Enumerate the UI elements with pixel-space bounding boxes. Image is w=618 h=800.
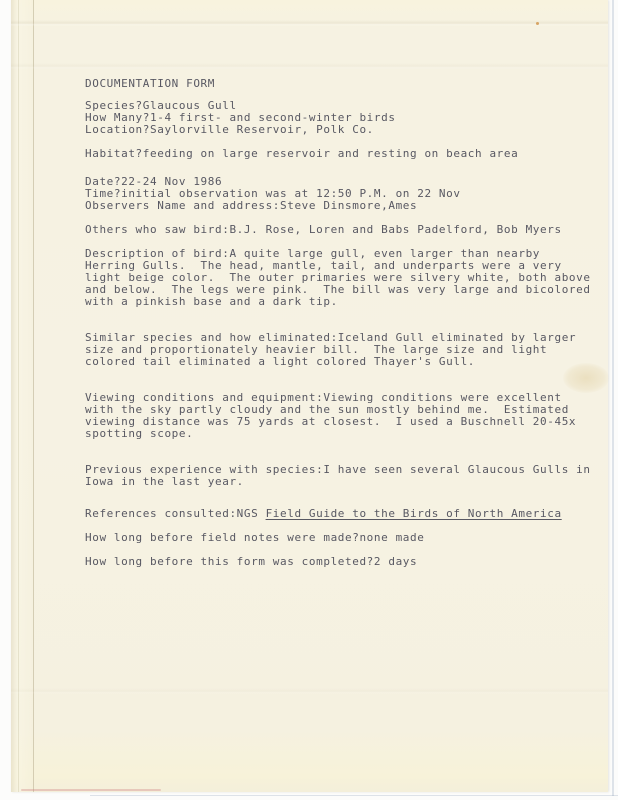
previous-experience-block: Previous experience with species:I have … (85, 464, 600, 488)
paper-crease (11, 688, 608, 694)
paper-crease (11, 20, 608, 26)
paper-sheet: DOCUMENTATION FORM Species?Glaucous Gull… (11, 0, 608, 792)
similar-species-block: Similar species and how eliminated:Icela… (85, 332, 600, 368)
references-book-title: Field Guide to the Birds of North Americ… (266, 507, 562, 520)
page-edge-line (18, 0, 19, 792)
references-block: References consulted:NGS Field Guide to … (85, 508, 600, 520)
paper-crease (11, 63, 608, 69)
scanner-edge-artifact (612, 0, 614, 796)
viewing-conditions-line: spotting scope. (85, 428, 600, 440)
scanner-edge-artifact (90, 795, 618, 796)
habitat-line: Habitat?feeding on large reservoir and r… (85, 148, 600, 160)
underlying-page-edge (11, 0, 34, 792)
underlying-card-edge (21, 789, 161, 791)
others-line: Others who saw bird:B.J. Rose, Loren and… (85, 224, 600, 236)
paper-speck (536, 22, 539, 25)
typed-document-content: DOCUMENTATION FORM Species?Glaucous Gull… (85, 78, 600, 568)
viewing-conditions-block: Viewing conditions and equipment:Viewing… (85, 392, 600, 440)
identification-block: Species?Glaucous Gull How Many?1-4 first… (85, 100, 600, 136)
observers-line: Observers Name and address:Steve Dinsmor… (85, 200, 600, 212)
others-who-saw-block: Others who saw bird:B.J. Rose, Loren and… (85, 224, 600, 236)
description-block: Description of bird:A quite large gull, … (85, 248, 600, 308)
references-label: References consulted:NGS (85, 507, 266, 520)
location-line: Location?Saylorville Reservoir, Polk Co. (85, 124, 600, 136)
references-line: References consulted:NGS Field Guide to … (85, 508, 600, 520)
field-notes-block: How long before field notes were made?no… (85, 532, 600, 544)
habitat-block: Habitat?feeding on large reservoir and r… (85, 148, 600, 160)
date-time-observers-block: Date?22-24 Nov 1986 Time?initial observa… (85, 176, 600, 212)
scanned-document-page: DOCUMENTATION FORM Species?Glaucous Gull… (0, 0, 618, 800)
similar-species-line: colored tail eliminated a light colored … (85, 356, 600, 368)
document-title: DOCUMENTATION FORM (85, 78, 600, 90)
form-completed-block: How long before this form was completed?… (85, 556, 600, 568)
form-completed-line: How long before this form was completed?… (85, 556, 600, 568)
description-line: with a pinkish base and a dark tip. (85, 296, 600, 308)
previous-experience-line: Iowa in the last year. (85, 476, 600, 488)
field-notes-line: How long before field notes were made?no… (85, 532, 600, 544)
